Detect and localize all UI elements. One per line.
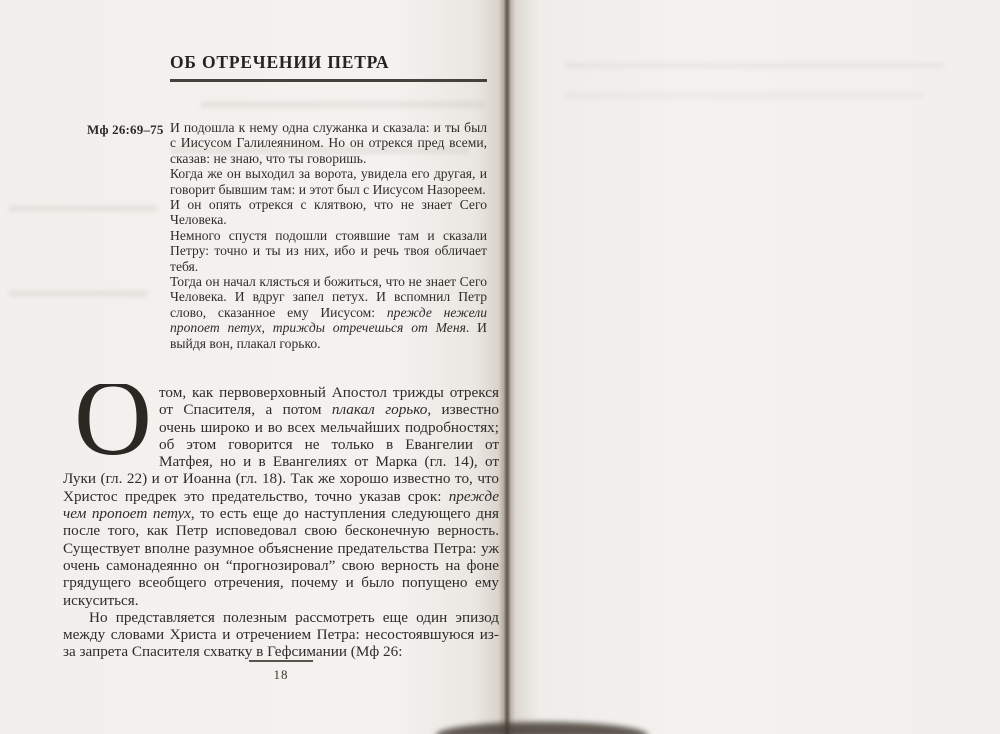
show-through — [565, 62, 945, 69]
drop-cap: О — [63, 384, 159, 454]
paragraph: Немного спустя подошли стоявшие там и ск… — [170, 228, 487, 274]
show-through — [565, 92, 925, 99]
show-through — [8, 205, 158, 212]
text-run: Немного спустя подошли стоявшие там и ск… — [170, 228, 487, 274]
paragraph: И он опять отрекся с клятвою, что не зна… — [170, 197, 487, 228]
book-spread: ОБ ОТРЕЧЕНИИ ПЕТРА Мф 26:69–75 И подошла… — [0, 0, 1000, 734]
emphasized-text: плакал горько — [332, 401, 427, 418]
scripture-quote-block: И подошла к нему одна служанка и сказала… — [170, 120, 487, 351]
footer-rule — [249, 660, 313, 662]
page-left: ОБ ОТРЕЧЕНИИ ПЕТРА Мф 26:69–75 И подошла… — [0, 0, 505, 734]
text-run: И подошла к нему одна служанка и сказала… — [170, 120, 487, 166]
text-run: Но представляется полезным рассмотреть е… — [63, 609, 499, 661]
page-right: 51–54; Мк 14:47, где опущены слова Христ… — [505, 0, 1000, 734]
text-run: И он опять отрекся с клятвою, что не зна… — [170, 197, 487, 227]
page-number: 18 — [63, 667, 499, 683]
chapter-title: ОБ ОТРЕЧЕНИИ ПЕТРА — [170, 52, 500, 73]
paragraph: Когда же он выходил за ворота, увидела е… — [170, 166, 487, 197]
paragraph: И подошла к нему одна служанка и сказала… — [170, 120, 487, 166]
verse-reference: Мф 26:69–75 — [87, 122, 167, 138]
body-text-left: Отом, как первоверховный Апостол трижды … — [63, 384, 499, 666]
chapter-title-rule — [170, 79, 487, 82]
show-through — [200, 101, 485, 108]
show-through — [8, 290, 148, 297]
paragraph: Отом, как первоверховный Апостол трижды … — [63, 384, 499, 609]
book-spine-shadow — [498, 0, 516, 734]
paragraph: Тогда он начал клясться и божиться, что … — [170, 274, 487, 351]
paragraph: Но представляется полезным рассмотреть е… — [63, 609, 499, 661]
page-footer-left: 18 — [63, 660, 499, 683]
text-run: Когда же он выходил за ворота, увидела е… — [170, 166, 487, 196]
